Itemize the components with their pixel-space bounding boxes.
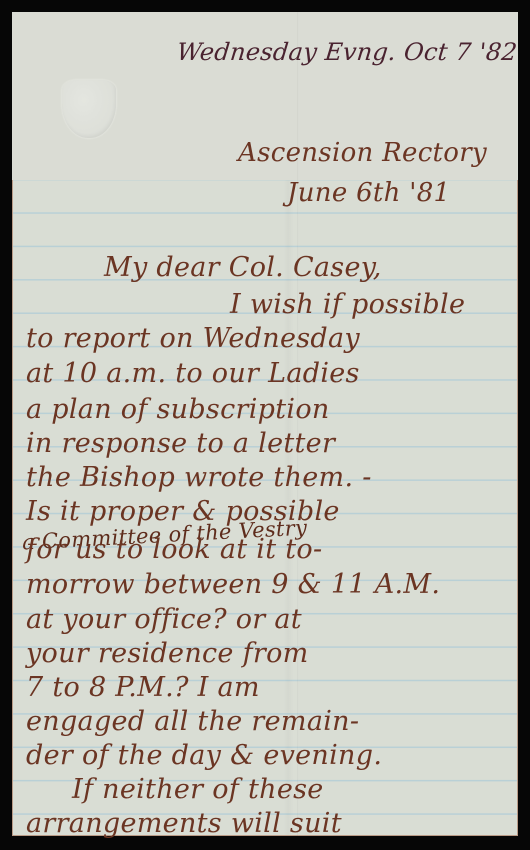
body-line: der of the day & evening. [26, 740, 382, 771]
letter-page: Wednesday Evng. Oct 7 '82 Ascension Rect… [12, 12, 518, 836]
salutation: My dear Col. Casey, [104, 252, 382, 283]
body-line: morrow between 9 & 11 A.M. [26, 569, 440, 600]
heading-place: Ascension Rectory [238, 138, 487, 168]
body-line: engaged all the remain- [26, 706, 359, 737]
heading-date: June 6th '81 [287, 178, 450, 208]
body-line: in response to a letter [26, 428, 335, 459]
body-line: at 10 a.m. to our Ladies [26, 358, 360, 389]
body-line: at your office? or at [26, 604, 302, 635]
body-line: arrangements will suit [26, 808, 342, 839]
body-line: a plan of subscription [26, 394, 330, 425]
body-line: the Bishop wrote them. - [26, 462, 372, 493]
body-line: to report on Wednesday [26, 323, 360, 354]
body-line: I wish if possible [230, 289, 465, 320]
body-line: If neither of these [72, 774, 324, 805]
body-line: 7 to 8 P.M.? I am [26, 672, 260, 703]
docket-note: Wednesday Evng. Oct 7 '82 [176, 38, 519, 66]
body-line: for us to look at it to- [26, 534, 322, 565]
body-line: your residence from [26, 638, 309, 669]
